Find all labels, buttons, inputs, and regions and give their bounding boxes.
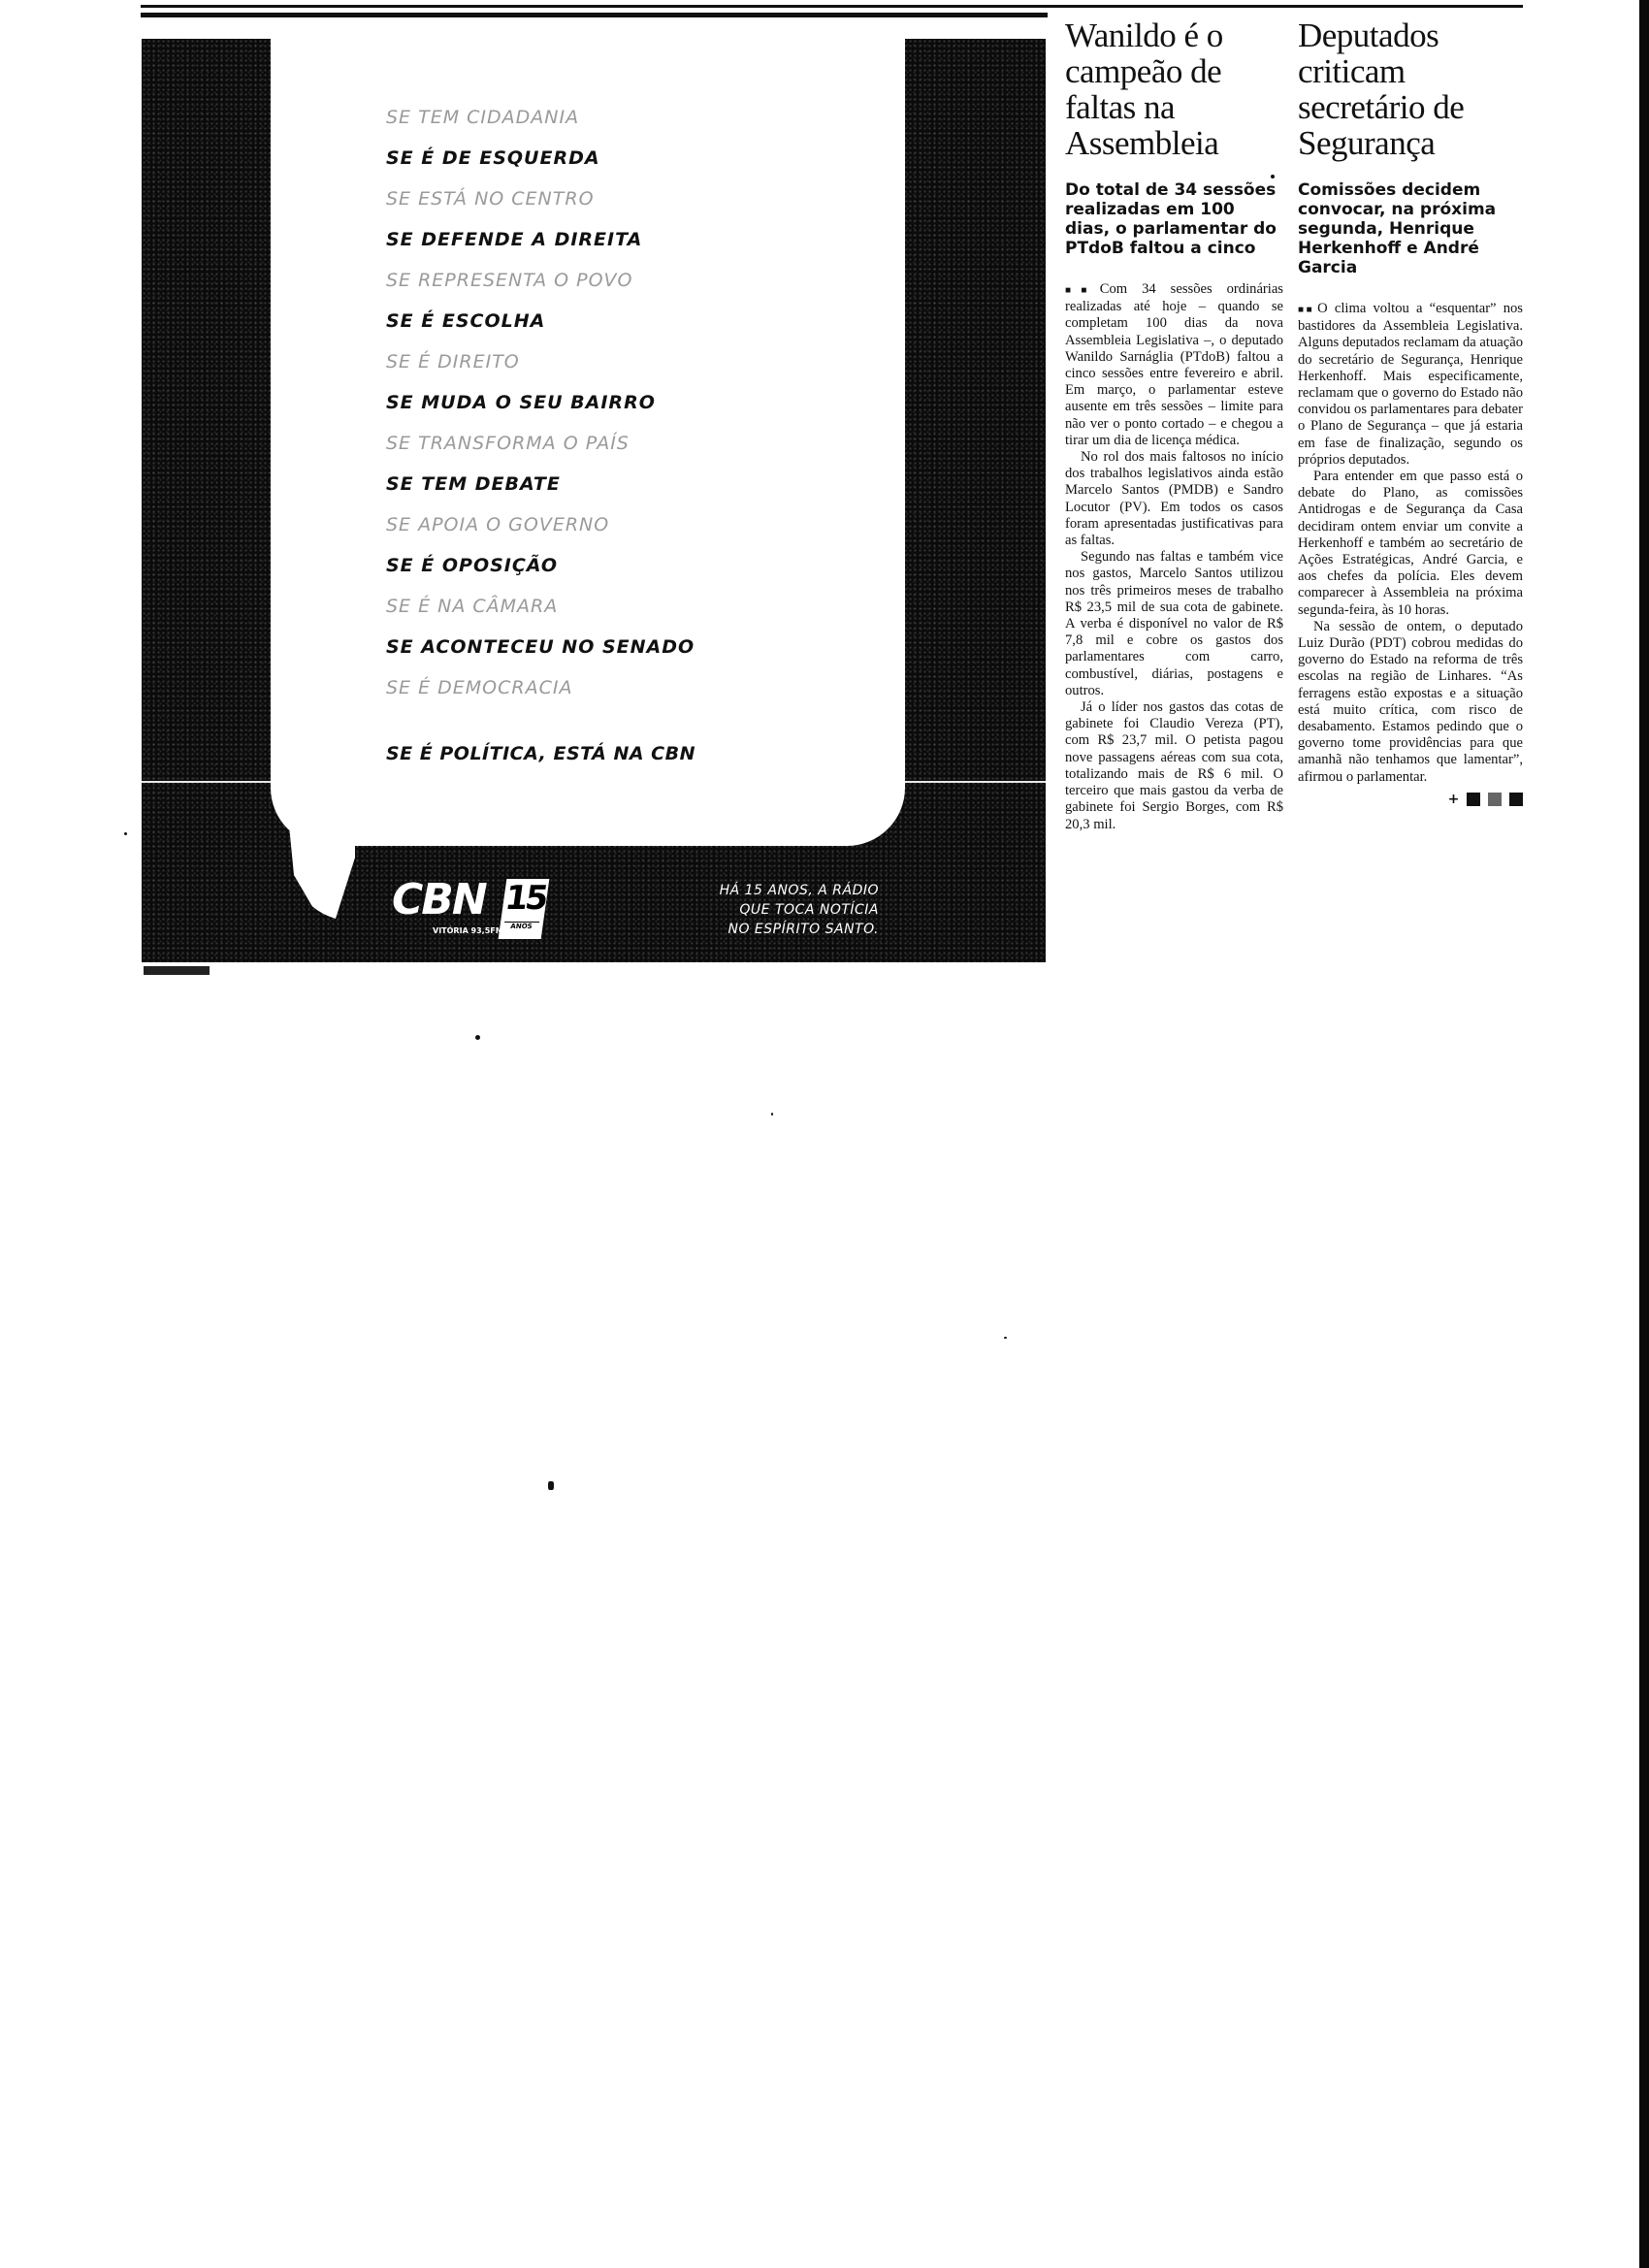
cbn-logo: CBN	[392, 878, 486, 923]
slogan-line: HÁ 15 ANOS, A RÁDIO	[665, 881, 879, 900]
ad-line: SE TRANSFORMA O PAÍS	[386, 423, 890, 464]
bullet-icon: ■■	[1065, 285, 1097, 296]
article-headline: Deputados criticam secretário de Seguran…	[1298, 17, 1523, 161]
article-paragraph: Já o líder nos gastos das cotas de gabin…	[1065, 699, 1283, 833]
ad-slogan: HÁ 15 ANOS, A RÁDIO QUE TOCA NOTÍCIA NO …	[665, 881, 879, 939]
article-headline: Wanildo é o campeão de faltas na Assembl…	[1065, 17, 1283, 161]
ad-line: SE ESTÁ NO CENTRO	[386, 178, 890, 219]
scan-speck	[1004, 1337, 1007, 1339]
ad-line: SE É NA CÂMARA	[386, 586, 890, 627]
article-paragraph: ■■Com 34 sessões ordinárias realizadas a…	[1065, 281, 1283, 449]
end-block-icon	[1467, 793, 1480, 806]
ad-line: SE TEM CIDADANIA	[386, 97, 890, 138]
bullet-icon: ■■	[1298, 305, 1314, 315]
ad-line: SE É ESCOLHA	[386, 301, 890, 341]
ad-line: SE APOIA O GOVERNO	[386, 504, 890, 545]
article-wanildo: Wanildo é o campeão de faltas na Assembl…	[1065, 17, 1283, 833]
ad-line: SE É DIREITO	[386, 341, 890, 382]
article-body: ■■Com 34 sessões ordinárias realizadas a…	[1065, 281, 1283, 833]
article-paragraph: Segundo nas faltas e também vice nos gas…	[1065, 549, 1283, 699]
top-rule	[141, 5, 1523, 8]
article-subhead: Comissões decidem convocar, na próxima s…	[1298, 180, 1523, 277]
article-endmark: +	[1298, 792, 1523, 807]
cbn-frequency: VITÓRIA 93,5FM	[433, 926, 503, 935]
anniversary-badge: 15 ANOS	[499, 879, 550, 939]
ad-lines-list: SE TEM CIDADANIA SE É DE ESQUERDA SE EST…	[386, 97, 890, 708]
scan-speck	[1271, 175, 1275, 178]
anniversary-number: 15	[501, 879, 550, 918]
article-paragraph: ■■O clima voltou a “esquentar” nos basti…	[1298, 301, 1523, 469]
ad-line: SE TEM DEBATE	[386, 464, 890, 504]
scan-speck	[124, 832, 127, 835]
ad-line: SE DEFENDE A DIREITA	[386, 219, 890, 260]
plus-icon: +	[1448, 792, 1460, 807]
ad-line: SE É DEMOCRACIA	[386, 667, 890, 708]
ad-line: SE É OPOSIÇÃO	[386, 545, 890, 586]
slogan-line: QUE TOCA NOTÍCIA	[665, 900, 879, 920]
ad-line: SE ACONTECEU NO SENADO	[386, 627, 890, 667]
ad-line: SE MUDA O SEU BAIRRO	[386, 382, 890, 423]
article-seguranca: Deputados criticam secretário de Seguran…	[1298, 17, 1523, 807]
article-paragraph: No rol dos mais faltosos no início dos t…	[1065, 449, 1283, 549]
end-block-icon	[1488, 793, 1502, 806]
ad-tagline: SE É POLÍTICA, ESTÁ NA CBN	[386, 743, 695, 764]
scan-speck	[548, 1481, 554, 1490]
ad-credit-mark	[144, 966, 210, 975]
ad-line: SE É DE ESQUERDA	[386, 138, 890, 178]
ad-line: SE REPRESENTA O POVO	[386, 260, 890, 301]
scan-speck	[771, 1113, 773, 1116]
article-paragraph: Para entender em que passo está o debate…	[1298, 469, 1523, 619]
ad-top-rule	[141, 13, 1048, 17]
article-subhead: Do total de 34 sessões realizadas em 100…	[1065, 180, 1283, 258]
article-body: ■■O clima voltou a “esquentar” nos basti…	[1298, 301, 1523, 786]
speech-bubble-tail	[287, 805, 355, 922]
slogan-line: NO ESPÍRITO SANTO.	[665, 920, 879, 939]
cbn-advertisement: SE TEM CIDADANIA SE É DE ESQUERDA SE EST…	[142, 39, 1046, 962]
end-block-icon	[1509, 793, 1523, 806]
scan-edge-strip	[1639, 0, 1649, 2268]
scan-speck	[475, 1035, 480, 1040]
article-paragraph: Na sessão de ontem, o deputado Luiz Durã…	[1298, 619, 1523, 786]
anniversary-label: ANOS	[503, 922, 539, 930]
